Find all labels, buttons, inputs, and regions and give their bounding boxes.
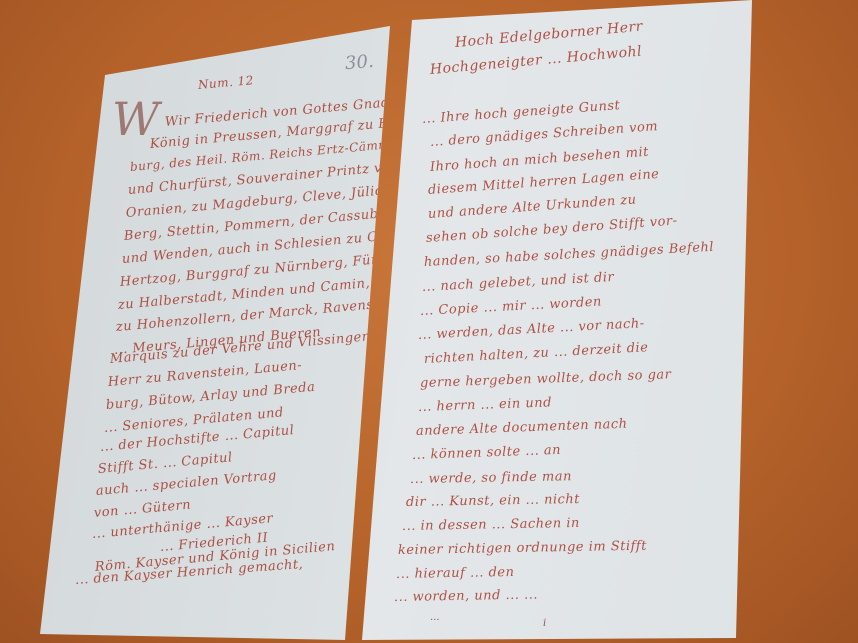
text-line: gerne hergeben wollte, doch so gar [420,367,672,391]
text-line: ... Ihre hoch geneigte Gunst [421,98,620,127]
text-line: richten halten, zu ... derzeit die [424,340,649,367]
text-line: ... können solte ... an [412,443,561,463]
text-line: dir ... Kunst, ein ... nicht [406,492,580,510]
text-line: ... worden, und ... ... [394,587,538,605]
text-line: ... nach gelebet, und ist dir [422,270,615,295]
text-line: ... werde, so finde man [410,469,572,487]
text-line: von ... Gütern [93,498,191,521]
text-line: handen, so habe solches gnädiges Befehl [424,240,715,270]
text-line: andere Alte documenten nach [416,417,628,439]
page-mark: i [543,618,546,629]
text-line: ... in dessen ... Sachen in [402,516,580,534]
left-page-number: 30. [344,51,374,74]
text-line: ... herrn ... ein und [418,395,552,415]
text-line: keiner richtigen ordnunge im Stifft [398,539,647,558]
text-line: ... Copie ... mir ... worden [420,294,603,319]
text-line: ... werden, das Alte ... vor nach- [418,316,645,343]
text-line: ... hierauf ... den [396,565,515,582]
catchword: ... [430,612,440,623]
left-page-header: Num. 12 [197,73,254,92]
